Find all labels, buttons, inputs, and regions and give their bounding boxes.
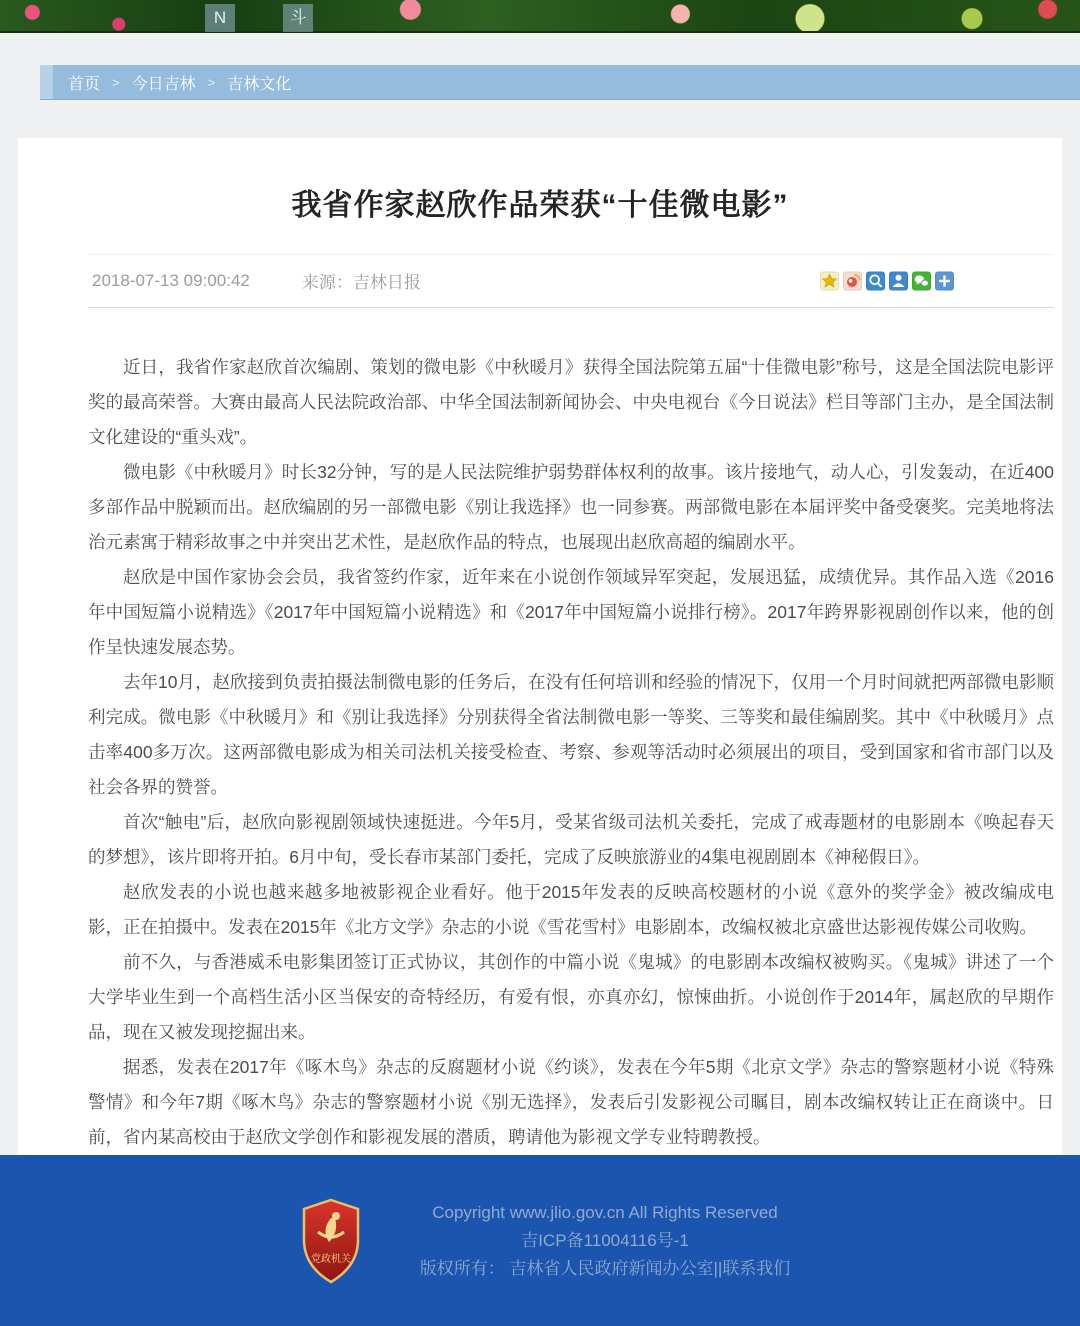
footer-icp-number: 吉ICP备11004116号-1: [420, 1227, 791, 1255]
publish-date: 2018-07-13 09:00:42: [92, 271, 250, 291]
article-paragraph: 赵欣是中国作家协会会员，我省签约作家，近年来在小说创作领域异军突起，发展迅猛，成…: [88, 560, 1054, 665]
article-paragraph: 首次“触电”后，赵欣向影视剧领域快速挺进。今年5月，受某省级司法机关委托，完成了…: [88, 805, 1054, 875]
renren-icon[interactable]: [889, 272, 908, 291]
breadcrumb: 首页>今日吉林>吉林文化: [68, 71, 291, 94]
article-paragraph: 去年10月，赵欣接到负责拍摄法制微电影的任务后，在没有任何培训和经验的情况下，仅…: [88, 665, 1054, 805]
footer-copyright: Copyright www.jlio.gov.cn All Rights Res…: [420, 1199, 791, 1227]
contact-us-link[interactable]: 联系我们: [722, 1259, 790, 1278]
banner-watermark: N: [205, 4, 235, 32]
breadcrumb-item-2[interactable]: 今日吉林: [132, 71, 196, 94]
article-source: 来源：吉林日报: [302, 268, 421, 293]
footer-text-block: Copyright www.jlio.gov.cn All Rights Res…: [420, 1199, 791, 1283]
article-paragraph: 赵欣发表的小说也越来越多地被影视企业看好。他于2015年发表的反映高校题材的小说…: [88, 875, 1054, 945]
breadcrumb-bar: 首页>今日吉林>吉林文化: [40, 65, 1080, 100]
share-toolbar: [820, 272, 954, 291]
share-more-icon[interactable]: [935, 272, 954, 291]
article-meta-row: 2018-07-13 09:00:42 来源：吉林日报: [88, 254, 1054, 308]
article-title: 我省作家赵欣作品荣获“十佳微电影”: [78, 180, 1002, 224]
qzone-icon[interactable]: [820, 272, 839, 291]
article-paragraph: 近日，我省作家赵欣首次编剧、策划的微电影《中秋暖月》获得全国法院第五届“十佳微电…: [88, 350, 1054, 455]
banner-watermark: 斗: [283, 4, 313, 32]
header-photo-banner: N斗: [0, 0, 1080, 33]
breadcrumb-item-3[interactable]: 吉林文化: [227, 71, 291, 94]
breadcrumb-item-1[interactable]: 首页: [68, 71, 100, 94]
article-paragraph: 据悉，发表在2017年《啄木鸟》杂志的反腐题材小说《约谈》，发表在今年5期《北京…: [88, 1050, 1054, 1155]
breadcrumb-separator: >: [208, 75, 216, 90]
footer-inner: 党政机关 Copyright www.jlio.gov.cn All Right…: [300, 1198, 791, 1284]
page-footer: 党政机关 Copyright www.jlio.gov.cn All Right…: [0, 1155, 1080, 1326]
wechat-icon[interactable]: [912, 272, 931, 291]
tencent-weibo-icon[interactable]: [866, 272, 885, 291]
footer-rights-text: 版权所有： 吉林省人民政府新闻办公室||: [420, 1259, 723, 1278]
badge-label: 党政机关: [311, 1252, 351, 1265]
gov-agency-badge-icon[interactable]: 党政机关: [300, 1198, 362, 1284]
sina-weibo-icon[interactable]: [843, 272, 862, 291]
footer-rights-line: 版权所有： 吉林省人民政府新闻办公室||联系我们: [420, 1255, 791, 1283]
article-paragraph: 微电影《中秋暖月》时长32分钟，写的是人民法院维护弱势群体权利的故事。该片接地气…: [88, 455, 1054, 560]
article-card: 我省作家赵欣作品荣获“十佳微电影” 2018-07-13 09:00:42 来源…: [18, 138, 1062, 1225]
article-body: 近日，我省作家赵欣首次编剧、策划的微电影《中秋暖月》获得全国法院第五届“十佳微电…: [88, 350, 1054, 1155]
breadcrumb-separator: >: [112, 75, 120, 90]
article-paragraph: 前不久，与香港威禾电影集团签订正式协议，其创作的中篇小说《鬼城》的电影剧本改编权…: [88, 945, 1054, 1050]
